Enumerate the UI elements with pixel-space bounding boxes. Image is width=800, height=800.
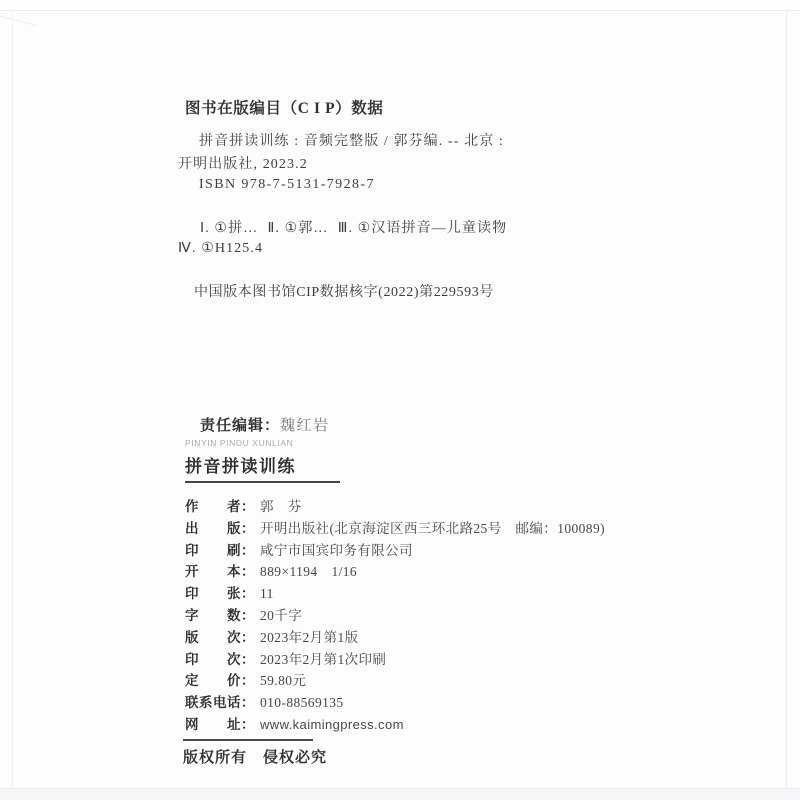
detail-value: 20千字 <box>260 604 302 624</box>
book-title-pinyin: PINYIN PINDU XUNLIAN <box>185 438 293 448</box>
detail-value: www.kaimingpress.com <box>260 717 404 732</box>
cip-isbn: ISBN 978-7-5131-7928-7 <box>199 177 375 193</box>
detail-label: 出 版： <box>185 517 255 537</box>
detail-row-format: 开 本： 889×1194 1/16 <box>185 560 605 582</box>
detail-row-price: 定 价： 59.80元 <box>185 669 605 691</box>
editor-name: 魏红岩 <box>280 418 330 434</box>
detail-row-impression: 印 次： 2023年2月第1次印刷 <box>185 648 605 670</box>
detail-value: 11 <box>260 586 274 602</box>
detail-row-author: 作 者： 郭 芬 <box>185 495 605 517</box>
detail-row-edition: 版 次： 2023年2月第1版 <box>185 626 605 648</box>
cip-publisher-line: 开明出版社, 2023.2 <box>178 153 308 173</box>
detail-label: 定 价： <box>185 669 255 689</box>
detail-value: 开明出版社(北京海淀区西三环北路25号 邮编：100089) <box>260 517 605 537</box>
copyright-page: 图书在版编目（C I P）数据 拼音拼读训练 : 音频完整版 / 郭芬编. --… <box>0 0 800 800</box>
page-edge-left <box>12 10 13 788</box>
detail-label: 联系电话： <box>185 691 255 711</box>
copyright-divider-rule <box>183 739 313 741</box>
detail-label: 印 刷： <box>185 539 255 559</box>
detail-row-website: 网 址： www.kaimingpress.com <box>185 713 605 735</box>
cip-classification-line1: Ⅰ. ①拼… Ⅱ. ①郭… Ⅲ. ①汉语拼音—儿童读物 <box>200 217 507 237</box>
detail-value: 010-88569135 <box>260 695 344 711</box>
detail-label: 网 址： <box>185 713 255 733</box>
detail-row-wordcount: 字 数： 20千字 <box>185 604 605 626</box>
detail-row-sheets: 印 张： 11 <box>185 582 605 604</box>
cip-heading: 图书在版编目（C I P）数据 <box>185 96 383 118</box>
paper-crease <box>0 15 37 26</box>
editor-label: 责任编辑： <box>200 418 280 434</box>
detail-row-printer: 印 刷： 咸宁市国宾印务有限公司 <box>185 539 605 561</box>
detail-label: 印 次： <box>185 648 255 668</box>
cip-classification-line2: Ⅳ. ①H125.4 <box>178 240 263 257</box>
detail-value: 咸宁市国宾印务有限公司 <box>260 539 413 559</box>
title-divider-rule <box>185 481 340 483</box>
detail-label: 开 本： <box>185 560 255 580</box>
page-edge-top <box>0 10 800 11</box>
book-title: 拼音拼读训练 <box>185 452 296 477</box>
cip-registry-number: 中国版本图书馆CIP数据核字(2022)第229593号 <box>194 281 494 301</box>
detail-value: 59.80元 <box>260 669 306 689</box>
detail-value: 2023年2月第1版 <box>260 626 359 646</box>
detail-label: 版 次： <box>185 626 255 646</box>
detail-row-phone: 联系电话： 010-88569135 <box>185 691 605 713</box>
detail-label: 作 者： <box>185 495 255 515</box>
page-edge-right <box>786 10 787 788</box>
detail-label: 印 张： <box>185 582 255 602</box>
detail-label: 字 数： <box>185 604 255 624</box>
page-edge-bottom <box>0 788 800 800</box>
detail-value: 郭 芬 <box>260 495 302 515</box>
copyright-notice: 版权所有 侵权必究 <box>183 746 327 767</box>
detail-row-publisher: 出 版： 开明出版社(北京海淀区西三环北路25号 邮编：100089) <box>185 517 605 539</box>
detail-value: 2023年2月第1次印刷 <box>260 648 386 668</box>
detail-value: 889×1194 1/16 <box>260 560 357 580</box>
publication-details-list: 作 者： 郭 芬 出 版： 开明出版社(北京海淀区西三环北路25号 邮编：100… <box>185 495 605 735</box>
cip-title-statement: 拼音拼读训练 : 音频完整版 / 郭芬编. -- 北京 : <box>199 130 504 150</box>
